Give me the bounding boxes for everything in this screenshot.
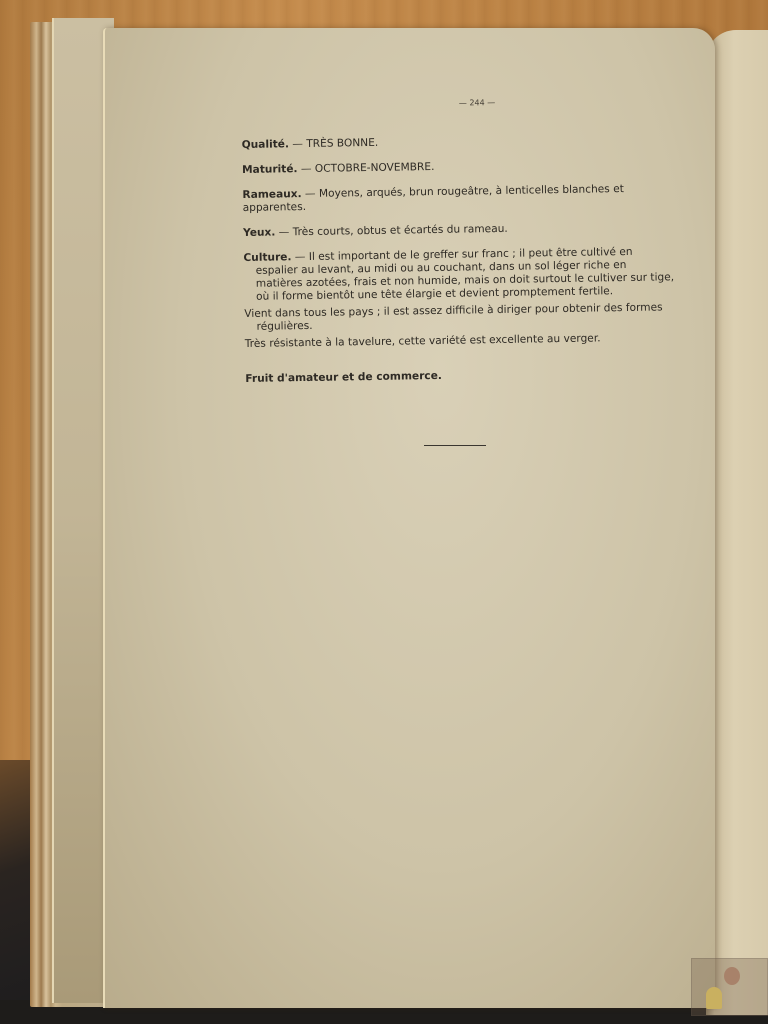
watermark-figure-icon [706,987,722,1009]
entry-text: — OCTOBRE-NOVEMBRE. [301,161,435,175]
watermark-head-icon [724,967,740,985]
facing-page [706,30,768,1015]
section-separator-rule [424,445,486,446]
entry-qualite: Qualité. — TRÈS BONNE. [242,132,674,152]
entry-text: — Il est important de le greffer sur fra… [256,246,675,303]
closing-line: Fruit d'amateur et de commerce. [245,366,677,386]
entry-culture: Culture. — Il est important de le greffe… [243,245,676,304]
entry-label: Rameaux. [242,188,301,201]
entry-text: — TRÈS BONNE. [292,137,378,150]
paragraph-tavelure: Très résistante à la tavelure, cette var… [245,331,677,351]
entry-maturite: Maturité. — OCTOBRE-NOVEMBRE. [242,157,674,177]
entry-yeux: Yeux. — Très courts, obtus et écartés du… [243,220,675,240]
page-content: — 244 — Qualité. — TRÈS BONNE. Maturité.… [241,93,678,398]
entry-label: Yeux. [243,226,275,239]
entry-label: Qualité. [242,138,289,151]
entry-label: Maturité. [242,163,298,176]
entry-rameaux: Rameaux. — Moyens, arqués, brun rougeâtr… [242,182,674,215]
paragraph-pays: Vient dans tous les pays ; il est assez … [244,301,676,334]
entry-label: Culture. [243,251,291,264]
watermark-thumbnail [691,958,768,1016]
entry-text: — Très courts, obtus et écartés du ramea… [279,223,508,239]
